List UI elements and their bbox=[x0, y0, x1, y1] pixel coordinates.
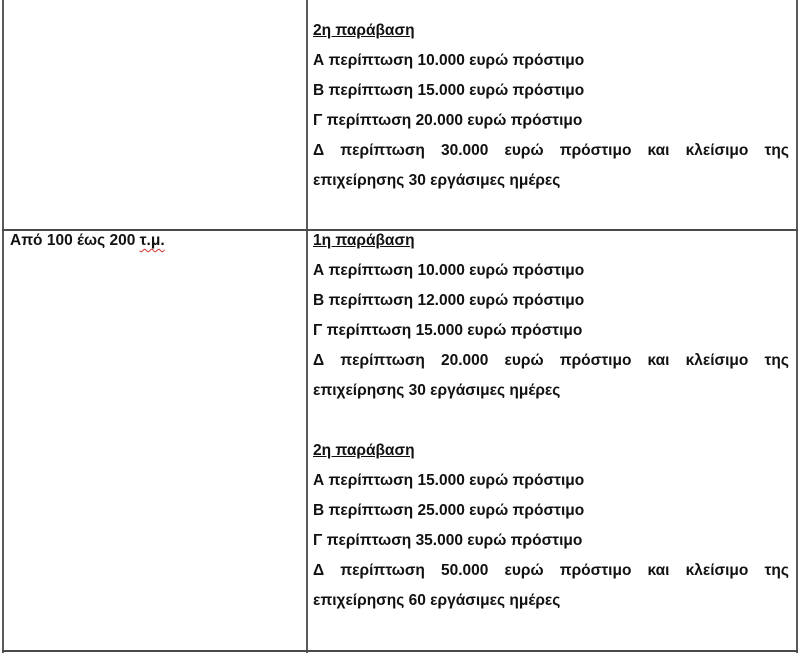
area-cell: Από 100 έως 200 τ.μ. bbox=[10, 226, 300, 256]
area-unit: τ.μ. bbox=[140, 232, 165, 249]
case-d: Δ περίπτωση 50.000 ευρώ πρόστιμο και κλε… bbox=[313, 556, 789, 586]
violation-title: 2η παράβαση bbox=[313, 16, 789, 46]
case-d-continuation: επιχείρησης 30 εργάσιμες ημέρες bbox=[313, 166, 789, 196]
table-border-right bbox=[796, 0, 798, 653]
area-label: Από 100 έως 200 τ.μ. bbox=[10, 226, 300, 256]
case-c: Γ περίπτωση 35.000 ευρώ πρόστιμο bbox=[313, 526, 789, 556]
penalty-cell-row2: 1η παράβαση Α περίπτωση 10.000 ευρώ πρόσ… bbox=[313, 226, 789, 616]
case-b: Β περίπτωση 12.000 ευρώ πρόστιμο bbox=[313, 286, 789, 316]
case-d: Δ περίπτωση 30.000 ευρώ πρόστιμο και κλε… bbox=[313, 136, 789, 166]
case-a: Α περίπτωση 10.000 ευρώ πρόστιμο bbox=[313, 46, 789, 76]
violation-title: 2η παράβαση bbox=[313, 436, 789, 466]
case-c: Γ περίπτωση 15.000 ευρώ πρόστιμο bbox=[313, 316, 789, 346]
case-d-continuation: επιχείρησης 30 εργάσιμες ημέρες bbox=[313, 376, 789, 406]
case-c: Γ περίπτωση 20.000 ευρώ πρόστιμο bbox=[313, 106, 789, 136]
case-a: Α περίπτωση 10.000 ευρώ πρόστιμο bbox=[313, 256, 789, 286]
column-divider bbox=[306, 0, 308, 653]
case-d: Δ περίπτωση 20.000 ευρώ πρόστιμο και κλε… bbox=[313, 346, 789, 376]
violation-title: 1η παράβαση bbox=[313, 226, 789, 256]
table-border-left bbox=[2, 0, 4, 653]
case-b: Β περίπτωση 25.000 ευρώ πρόστιμο bbox=[313, 496, 789, 526]
case-d-continuation: επιχείρησης 60 εργάσιμες ημέρες bbox=[313, 586, 789, 616]
row-divider-bottom bbox=[2, 650, 798, 652]
case-a: Α περίπτωση 15.000 ευρώ πρόστιμο bbox=[313, 466, 789, 496]
case-b: Β περίπτωση 15.000 ευρώ πρόστιμο bbox=[313, 76, 789, 106]
penalty-cell-row1: 2η παράβαση Α περίπτωση 10.000 ευρώ πρόσ… bbox=[313, 16, 789, 196]
